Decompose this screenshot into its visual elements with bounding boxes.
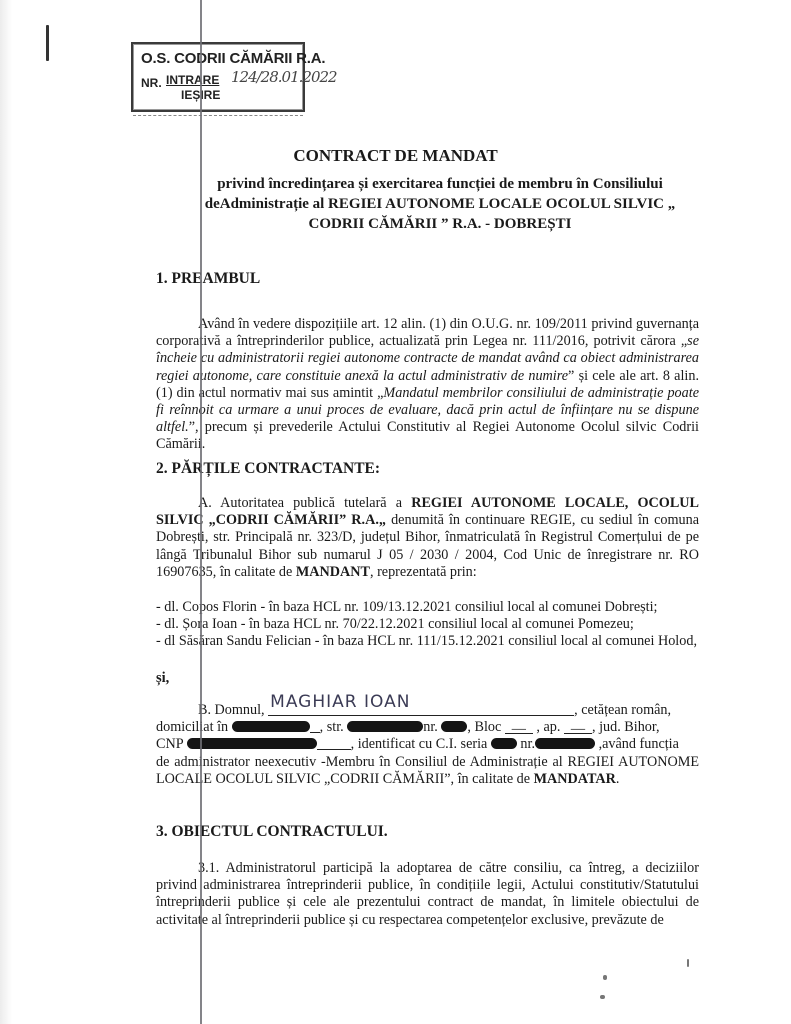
handwritten-name: MAGHIAR IOAN — [270, 694, 410, 711]
mandatar-label: MANDATAR — [534, 771, 616, 787]
redacted-id-number — [535, 738, 595, 749]
redacted-cnp — [187, 738, 317, 749]
citizen-text: , cetățean român, — [574, 702, 671, 718]
registration-stamp: O.S. CODRII CĂMĂRII R.A. NR. INTRARE 124… — [131, 42, 305, 112]
redacted-locality — [232, 721, 310, 732]
scan-speck — [603, 975, 607, 980]
name-field: MAGHIAR IOAN — [268, 703, 574, 716]
stamp-intrare-label: INTRARE — [166, 73, 219, 87]
preambul-text-1: Având în vedere dispozițiile art. 12 ali… — [156, 316, 699, 349]
stamp-handwritten-number: 124/28.01.2022 — [231, 68, 337, 86]
paragraph-party-a: A. Autoritatea publică tutelară a REGIEI… — [156, 495, 699, 581]
document-subtitle: privind încredințarea și exercitarea fun… — [200, 174, 680, 234]
cnp-label: CNP — [156, 736, 187, 752]
party-b-lead: B. Domnul, — [198, 702, 268, 718]
scan-artifact-line — [200, 0, 202, 1024]
preambul-text-3: ”, precum și prevederile Actului Constit… — [156, 419, 699, 452]
id-number-label: nr. — [517, 736, 535, 752]
heading-obiect: 3. OBIECTUL CONTRACTULUI. — [156, 823, 388, 841]
street-label: , str. — [320, 719, 348, 735]
county-text: , jud. Bihor, — [592, 719, 660, 735]
party-a-lead: A. Autoritatea publică tutelară a — [198, 495, 411, 511]
heading-parti: 2. PĂRȚILE CONTRACTANTE: — [156, 460, 380, 478]
pen-mark — [46, 25, 49, 61]
ap-label: , ap. — [533, 719, 564, 735]
paragraph-obiect-3-1: 3.1. Administratorul participă la adopta… — [156, 860, 699, 929]
stamp-org: O.S. CODRII CĂMĂRII R.A. — [141, 50, 325, 67]
stamp-divider — [133, 115, 303, 116]
heading-preambul: 1. PREAMBUL — [156, 270, 260, 288]
representative-item: - dl Săsăran Sandu Felician - în baza HC… — [156, 633, 699, 650]
paragraph-preambul: Având în vedere dispozițiile art. 12 ali… — [156, 316, 699, 454]
document-title: CONTRACT DE MANDAT — [0, 146, 791, 166]
redacted-street — [347, 721, 423, 732]
mandant-label: MANDANT — [296, 564, 370, 580]
bloc-label: , Bloc — [467, 719, 504, 735]
stamp-nr-label: NR. — [141, 76, 162, 90]
representative-item: - dl. Șora Ioan - în baza HCL nr. 70/22.… — [156, 616, 699, 633]
number-label: nr. — [423, 719, 441, 735]
party-a-tail: , reprezentată prin: — [370, 564, 477, 580]
scan-speck — [687, 959, 689, 967]
id-card-label: , identificat cu C.I. seria — [351, 736, 491, 752]
conjunction-si: și, — [156, 670, 169, 687]
domicile-label: domiciliat în — [156, 719, 232, 735]
redacted-id-series — [491, 738, 517, 749]
paragraph-party-b: B. Domnul, MAGHIAR IOAN, cetățean român,… — [156, 702, 699, 788]
function-text: ,având funcția — [595, 736, 679, 752]
obiect-text: 3.1. Administratorul participă la adopta… — [156, 860, 699, 928]
representatives-list: - dl. Copos Florin - în baza HCL nr. 109… — [156, 599, 699, 651]
ap-value: — — [564, 721, 592, 734]
representative-item: - dl. Copos Florin - în baza HCL nr. 109… — [156, 599, 699, 616]
scan-speck — [600, 995, 605, 999]
bloc-value: — — [505, 721, 533, 734]
redacted-number — [441, 721, 467, 732]
